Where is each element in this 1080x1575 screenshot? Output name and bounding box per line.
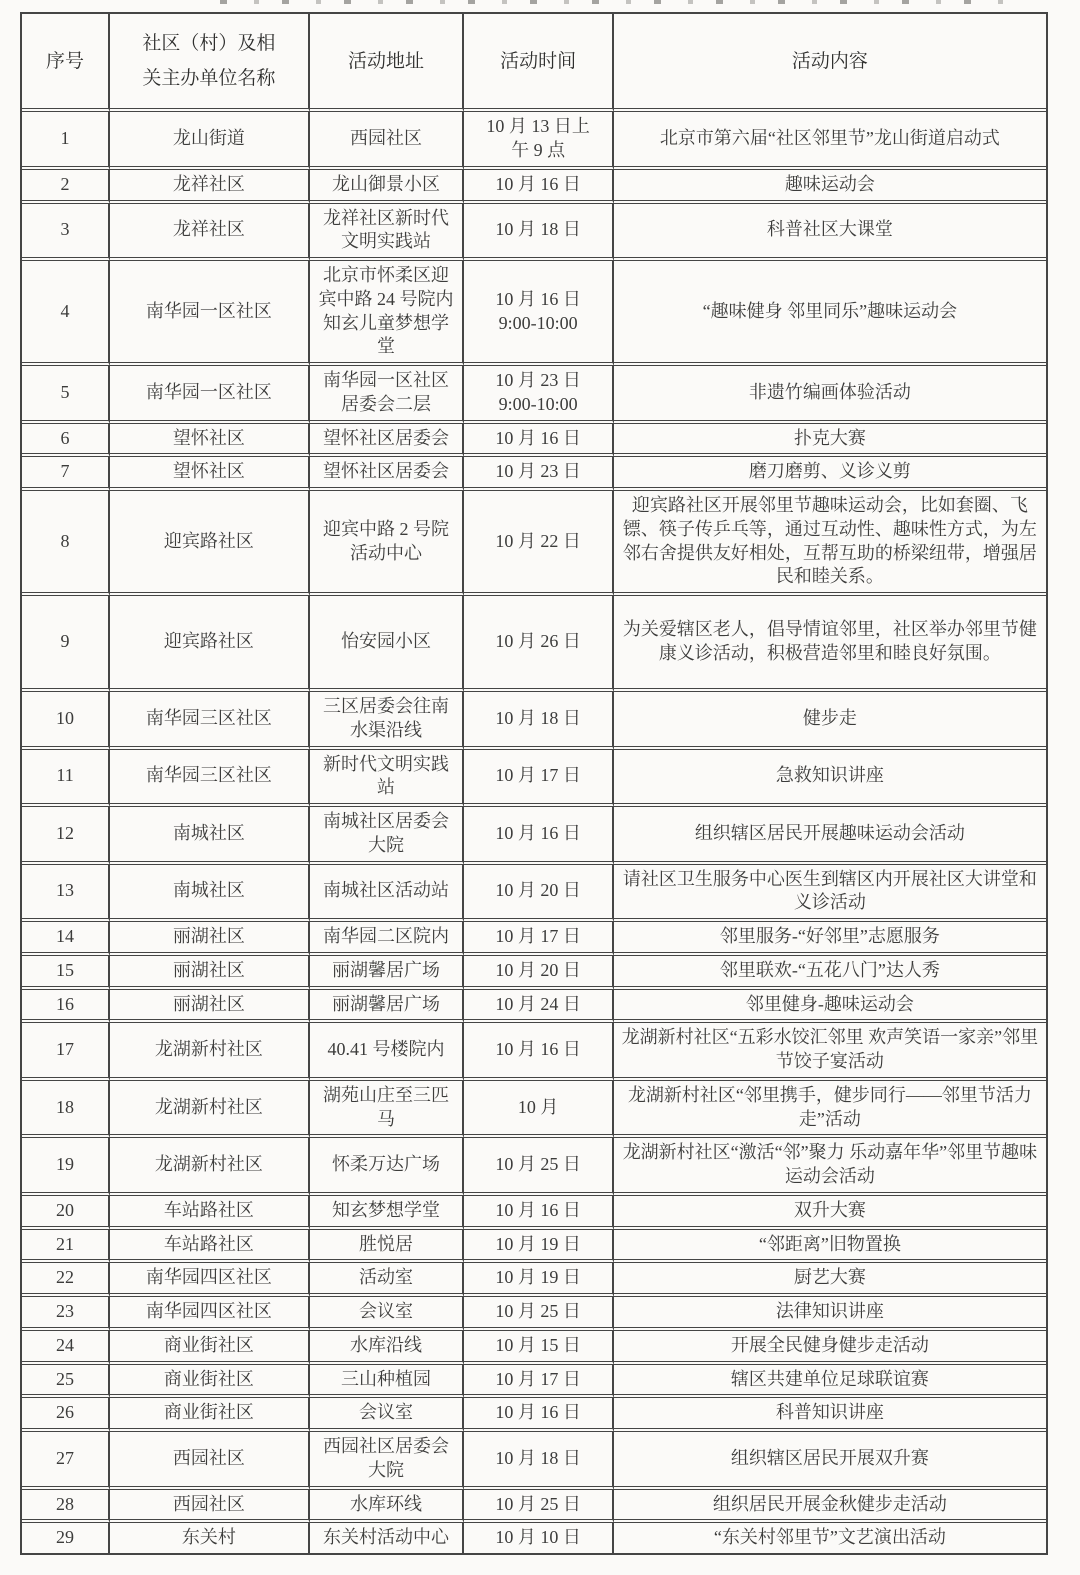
cell-content: “东关村邻里节”文艺演出活动 [614,1523,1046,1553]
cell-address: 知玄梦想学堂 [310,1196,465,1230]
cell-time: 10 月 18 日 [464,1432,614,1490]
cell-index: 2 [22,170,110,204]
cell-content: 组织居民开展金秋健步走活动 [614,1490,1046,1524]
cell-address: 南华园二区院内 [310,922,465,956]
table-row: 20车站路社区知玄梦想学堂10 月 16 日双升大赛 [22,1196,1046,1230]
table-row: 5南华园一区社区南华园一区社区居委会二层10 月 23 日 9:00-10:00… [22,366,1046,424]
cell-time: 10 月 23 日 9:00-10:00 [464,366,614,424]
cell-index: 23 [22,1297,110,1331]
table-body: 1龙山街道西园社区10 月 13 日上 午 9 点北京市第六届“社区邻里节”龙山… [22,112,1046,1553]
cell-organizer: 西园社区 [110,1432,310,1490]
table-row: 27西园社区西园社区居委会大院10 月 18 日组织辖区居民开展双升赛 [22,1432,1046,1490]
cell-time: 10 月 24 日 [464,990,614,1024]
cell-address: 南华园一区社区居委会二层 [310,366,465,424]
cell-address: 东关村活动中心 [310,1523,465,1553]
cell-index: 6 [22,424,110,458]
cell-time: 10 月 16 日 [464,1398,614,1432]
cell-organizer: 龙湖新村社区 [110,1081,310,1139]
cell-time: 10 月 16 日 [464,1196,614,1230]
cell-index: 3 [22,204,110,262]
table-row: 6望怀社区望怀社区居委会10 月 16 日扑克大赛 [22,424,1046,458]
cell-content: 非遗竹编画体验活动 [614,366,1046,424]
cell-content: 法律知识讲座 [614,1297,1046,1331]
cell-index: 20 [22,1196,110,1230]
cell-content: 扑克大赛 [614,424,1046,458]
cell-organizer: 望怀社区 [110,424,310,458]
table-row: 26商业街社区会议室10 月 16 日科普知识讲座 [22,1398,1046,1432]
cell-content: 龙湖新村社区“激活“邻”聚力 乐动嘉年华”邻里节趣味运动会活动 [614,1138,1046,1196]
cell-index: 7 [22,457,110,491]
table-row: 1龙山街道西园社区10 月 13 日上 午 9 点北京市第六届“社区邻里节”龙山… [22,112,1046,170]
cell-address: 丽湖馨居广场 [310,990,465,1024]
cell-address: 水库环线 [310,1490,465,1524]
cell-time: 10 月 20 日 [464,865,614,923]
cell-content: 为关爱辖区老人，倡导情谊邻里，社区举办邻里节健康义诊活动，积极营造邻里和睦良好氛… [614,596,1046,692]
cell-content: 邻里服务-“好邻里”志愿服务 [614,922,1046,956]
table-row: 12南城社区南城社区居委会大院10 月 16 日组织辖区居民开展趣味运动会活动 [22,807,1046,865]
cell-address: 胜悦居 [310,1230,465,1264]
cell-content: 迎宾路社区开展邻里节趣味运动会，比如套圈、飞镖、筷子传乒乓等，通过互动性、趣味性… [614,491,1046,596]
cell-index: 8 [22,491,110,596]
cell-content: 北京市第六届“社区邻里节”龙山街道启动式 [614,112,1046,170]
document-page: 序号 社区（村）及相 关主办单位名称 活动地址 活动时间 活动内容 1龙山街道西… [0,0,1080,1575]
cell-time: 10 月 18 日 [464,692,614,750]
cell-address: 丽湖馨居广场 [310,956,465,990]
header-cell-time: 活动时间 [464,14,614,112]
table-row: 17龙湖新村社区40.41 号楼院内10 月 16 日龙湖新村社区“五彩水饺汇邻… [22,1023,1046,1081]
cell-index: 9 [22,596,110,692]
cell-index: 11 [22,750,110,808]
cell-organizer: 商业街社区 [110,1331,310,1365]
cell-time: 10 月 20 日 [464,956,614,990]
cell-index: 16 [22,990,110,1024]
cell-index: 1 [22,112,110,170]
table-row: 19龙湖新村社区怀柔万达广场10 月 25 日龙湖新村社区“激活“邻”聚力 乐动… [22,1138,1046,1196]
cell-content: 双升大赛 [614,1196,1046,1230]
cell-organizer: 丽湖社区 [110,956,310,990]
cell-index: 29 [22,1523,110,1553]
table-row: 15丽湖社区丽湖馨居广场10 月 20 日邻里联欢-“五花八门”达人秀 [22,956,1046,990]
cell-time: 10 月 25 日 [464,1297,614,1331]
cell-index: 13 [22,865,110,923]
table-header: 序号 社区（村）及相 关主办单位名称 活动地址 活动时间 活动内容 [22,14,1046,112]
cell-organizer: 车站路社区 [110,1230,310,1264]
cell-content: 开展全民健身健步走活动 [614,1331,1046,1365]
table-row: 16丽湖社区丽湖馨居广场10 月 24 日邻里健身-趣味运动会 [22,990,1046,1024]
cell-organizer: 龙山街道 [110,112,310,170]
cell-address: 三山种植园 [310,1365,465,1399]
cell-organizer: 东关村 [110,1523,310,1553]
cell-organizer: 西园社区 [110,1490,310,1524]
cell-time: 10 月 16 日 [464,807,614,865]
cell-address: 新时代文明实践站 [310,750,465,808]
cell-address: 南城社区活动站 [310,865,465,923]
cell-organizer: 龙祥社区 [110,170,310,204]
cell-content: 厨艺大赛 [614,1263,1046,1297]
cell-address: 西园社区 [310,112,465,170]
cell-content: 请社区卫生服务中心医生到辖区内开展社区大讲堂和义诊活动 [614,865,1046,923]
cell-content: 邻里健身-趣味运动会 [614,990,1046,1024]
cell-time: 10 月 [464,1081,614,1139]
header-cell-index: 序号 [22,14,110,112]
table-row: 10南华园三区社区三区居委会往南水渠沿线10 月 18 日健步走 [22,692,1046,750]
cell-address: 南城社区居委会大院 [310,807,465,865]
cell-index: 28 [22,1490,110,1524]
cell-organizer: 迎宾路社区 [110,491,310,596]
table-row: 18龙湖新村社区湖苑山庄至三匹马10 月龙湖新村社区“邻里携手，健步同行——邻里… [22,1081,1046,1139]
cell-address: 龙祥社区新时代文明实践站 [310,204,465,262]
cell-time: 10 月 15 日 [464,1331,614,1365]
cell-index: 26 [22,1398,110,1432]
cell-content: 趣味运动会 [614,170,1046,204]
cell-content: 龙湖新村社区“五彩水饺汇邻里 欢声笑语一家亲”邻里节饺子宴活动 [614,1023,1046,1081]
cell-time: 10 月 10 日 [464,1523,614,1553]
cell-index: 27 [22,1432,110,1490]
cell-content: 磨刀磨剪、义诊义剪 [614,457,1046,491]
cell-organizer: 商业街社区 [110,1365,310,1399]
cell-index: 10 [22,692,110,750]
cell-index: 15 [22,956,110,990]
cell-organizer: 车站路社区 [110,1196,310,1230]
cell-time: 10 月 18 日 [464,204,614,262]
table-row: 28西园社区水库环线10 月 25 日组织居民开展金秋健步走活动 [22,1490,1046,1524]
cell-address: 活动室 [310,1263,465,1297]
table-row: 7望怀社区望怀社区居委会10 月 23 日磨刀磨剪、义诊义剪 [22,457,1046,491]
cell-content: 健步走 [614,692,1046,750]
cell-address: 三区居委会往南水渠沿线 [310,692,465,750]
cell-index: 12 [22,807,110,865]
cell-time: 10 月 16 日 [464,1023,614,1081]
table-row: 3龙祥社区龙祥社区新时代文明实践站10 月 18 日科普社区大课堂 [22,204,1046,262]
cell-organizer: 南华园三区社区 [110,692,310,750]
table-row: 13南城社区南城社区活动站10 月 20 日请社区卫生服务中心医生到辖区内开展社… [22,865,1046,923]
cropped-title-remnant [220,0,1008,4]
table-row: 29东关村东关村活动中心10 月 10 日“东关村邻里节”文艺演出活动 [22,1523,1046,1553]
cell-content: 科普社区大课堂 [614,204,1046,262]
cell-time: 10 月 16 日 9:00-10:00 [464,261,614,366]
cell-time: 10 月 17 日 [464,1365,614,1399]
cell-index: 17 [22,1023,110,1081]
cell-time: 10 月 19 日 [464,1230,614,1264]
cell-organizer: 龙祥社区 [110,204,310,262]
table-row: 22南华园四区社区活动室10 月 19 日厨艺大赛 [22,1263,1046,1297]
cell-address: 望怀社区居委会 [310,424,465,458]
cell-content: 邻里联欢-“五花八门”达人秀 [614,956,1046,990]
cell-organizer: 南华园一区社区 [110,366,310,424]
cell-address: 怀柔万达广场 [310,1138,465,1196]
cell-address: 龙山御景小区 [310,170,465,204]
cell-organizer: 南华园一区社区 [110,261,310,366]
cell-address: 望怀社区居委会 [310,457,465,491]
cell-time: 10 月 19 日 [464,1263,614,1297]
cell-organizer: 丽湖社区 [110,990,310,1024]
table-row: 8迎宾路社区迎宾中路 2 号院活动中心10 月 22 日迎宾路社区开展邻里节趣味… [22,491,1046,596]
cell-organizer: 南城社区 [110,807,310,865]
cell-index: 14 [22,922,110,956]
cell-time: 10 月 17 日 [464,750,614,808]
cell-time: 10 月 25 日 [464,1490,614,1524]
table-row: 11南华园三区社区新时代文明实践站10 月 17 日急救知识讲座 [22,750,1046,808]
table-row: 2龙祥社区龙山御景小区10 月 16 日趣味运动会 [22,170,1046,204]
table-header-row: 序号 社区（村）及相 关主办单位名称 活动地址 活动时间 活动内容 [22,14,1046,112]
cell-organizer: 南城社区 [110,865,310,923]
cell-index: 22 [22,1263,110,1297]
cell-address: 会议室 [310,1297,465,1331]
table-row: 9迎宾路社区怡安园小区10 月 26 日为关爱辖区老人，倡导情谊邻里，社区举办邻… [22,596,1046,692]
table-row: 23南华园四区社区会议室10 月 25 日法律知识讲座 [22,1297,1046,1331]
cell-address: 会议室 [310,1398,465,1432]
activity-table: 序号 社区（村）及相 关主办单位名称 活动地址 活动时间 活动内容 1龙山街道西… [20,12,1048,1555]
cell-index: 4 [22,261,110,366]
header-cell-address: 活动地址 [310,14,465,112]
cell-index: 25 [22,1365,110,1399]
cell-time: 10 月 23 日 [464,457,614,491]
cell-address: 迎宾中路 2 号院活动中心 [310,491,465,596]
cell-organizer: 龙湖新村社区 [110,1023,310,1081]
cell-organizer: 迎宾路社区 [110,596,310,692]
cell-index: 19 [22,1138,110,1196]
cell-index: 21 [22,1230,110,1264]
cell-address: 湖苑山庄至三匹马 [310,1081,465,1139]
cell-index: 24 [22,1331,110,1365]
cell-time: 10 月 16 日 [464,170,614,204]
cell-content: 龙湖新村社区“邻里携手，健步同行——邻里节活力走”活动 [614,1081,1046,1139]
cell-organizer: 望怀社区 [110,457,310,491]
cell-organizer: 南华园四区社区 [110,1263,310,1297]
cell-organizer: 龙湖新村社区 [110,1138,310,1196]
cell-index: 18 [22,1081,110,1139]
header-cell-content: 活动内容 [614,14,1046,112]
cell-organizer: 丽湖社区 [110,922,310,956]
cell-organizer: 南华园四区社区 [110,1297,310,1331]
cell-content: 急救知识讲座 [614,750,1046,808]
cell-address: 水库沿线 [310,1331,465,1365]
cell-organizer: 商业街社区 [110,1398,310,1432]
cell-content: 辖区共建单位足球联谊赛 [614,1365,1046,1399]
table-row: 4南华园一区社区北京市怀柔区迎宾中路 24 号院内知玄儿童梦想学堂10 月 16… [22,261,1046,366]
cell-content: “趣味健身 邻里同乐”趣味运动会 [614,261,1046,366]
cell-content: 组织辖区居民开展趣味运动会活动 [614,807,1046,865]
cell-index: 5 [22,366,110,424]
table-row: 14丽湖社区南华园二区院内10 月 17 日邻里服务-“好邻里”志愿服务 [22,922,1046,956]
table-row: 21车站路社区胜悦居10 月 19 日“邻距离”旧物置换 [22,1230,1046,1264]
table-row: 24商业街社区水库沿线10 月 15 日开展全民健身健步走活动 [22,1331,1046,1365]
cell-time: 10 月 26 日 [464,596,614,692]
cell-time: 10 月 17 日 [464,922,614,956]
cell-time: 10 月 16 日 [464,424,614,458]
cell-address: 西园社区居委会大院 [310,1432,465,1490]
cell-address: 40.41 号楼院内 [310,1023,465,1081]
cell-content: 组织辖区居民开展双升赛 [614,1432,1046,1490]
cell-address: 怡安园小区 [310,596,465,692]
table-row: 25商业街社区三山种植园10 月 17 日辖区共建单位足球联谊赛 [22,1365,1046,1399]
header-cell-organizer: 社区（村）及相 关主办单位名称 [110,14,310,112]
cell-organizer: 南华园三区社区 [110,750,310,808]
cell-time: 10 月 22 日 [464,491,614,596]
cell-content: 科普知识讲座 [614,1398,1046,1432]
cell-address: 北京市怀柔区迎宾中路 24 号院内知玄儿童梦想学堂 [310,261,465,366]
cell-time: 10 月 25 日 [464,1138,614,1196]
cell-time: 10 月 13 日上 午 9 点 [464,112,614,170]
cell-content: “邻距离”旧物置换 [614,1230,1046,1264]
